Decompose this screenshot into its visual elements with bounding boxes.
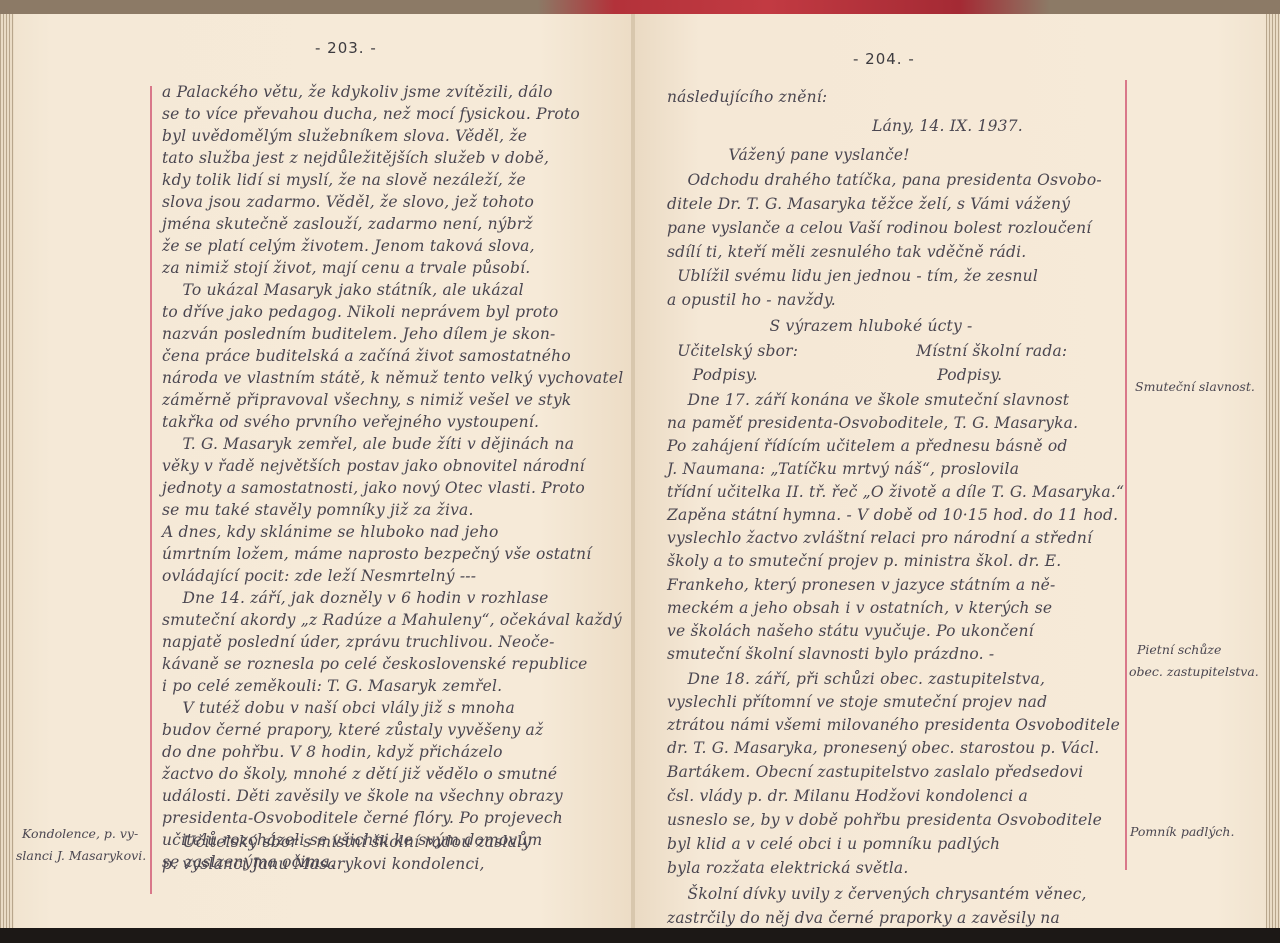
- text-line: smuteční školní slavnosti bylo prázdno. …: [667, 645, 994, 663]
- text-line: věky v řadě největších postav jako obnov…: [162, 457, 585, 475]
- text-line: i po celé zeměkouli: T. G. Masaryk zemře…: [162, 677, 502, 695]
- text-line: následujícího znění:: [667, 88, 827, 106]
- text-line: Vážený pane vyslanče!: [667, 146, 910, 164]
- right-page: - 204. - následujícího znění: Lány, 14. …: [635, 14, 1280, 928]
- text-line: J. Naumana: „Tatíčku mrtvý náš“, proslov…: [667, 460, 1019, 478]
- text-line: vyslechli přítomní ve stoje smuteční pro…: [667, 693, 1047, 711]
- text-line: takřka od svého prvního veřejného vystou…: [162, 413, 539, 431]
- text-line: Školní dívky uvily z červených chrysanté…: [667, 885, 1087, 903]
- text-line: budov černé prapory, které zůstaly vyvěš…: [162, 721, 543, 739]
- text-line: nazván posledním buditelem. Jeho dílem j…: [162, 325, 555, 343]
- text-line: na paměť presidenta-Osvoboditele, T. G. …: [667, 414, 1078, 432]
- text-line: žactvo do školy, mnohé z dětí již vědělo…: [162, 765, 557, 783]
- text-line: p. vyslanci Janu Masarykovi kondolenci,: [162, 855, 485, 873]
- text-line: kávaně se roznesla po celé československ…: [162, 655, 588, 673]
- margin-note: Kondolence, p. vy-: [22, 826, 138, 841]
- text-line: třídní učitelka II. tř. řeč „O životě a …: [667, 483, 1124, 501]
- text-line: Podpisy. Podpisy.: [667, 366, 1002, 384]
- text-line: a Palackého větu, že kdykoliv jsme zvítě…: [162, 83, 553, 101]
- text-line: Dne 18. září, při schůzi obec. zastupite…: [667, 670, 1045, 688]
- text-line: Bartákem. Obecní zastupitelstvo zaslalo …: [667, 763, 1083, 781]
- text-line: T. G. Masaryk zemřel, ale bude žíti v dě…: [162, 435, 574, 453]
- text-line: Učitelský sbor: Místní školní rada:: [667, 342, 1067, 360]
- text-line: školy a to smuteční projev p. ministra š…: [667, 552, 1061, 570]
- text-line: A dnes, kdy sklánime se hluboko nad jeho: [162, 523, 499, 541]
- text-line: úmrtním ložem, máme naprosto bezpečný vš…: [162, 545, 591, 563]
- text-line: jednoty a samostatnosti, jako nový Otec …: [162, 479, 585, 497]
- page-number: - 203. -: [315, 39, 377, 57]
- margin-note: slanci J. Masarykovi.: [16, 848, 146, 863]
- text-line: byla rozžata elektrická světla.: [667, 859, 909, 877]
- page-stack-edge: [1266, 14, 1280, 928]
- text-line: byl uvědomělým služebníkem slova. Věděl,…: [162, 127, 527, 145]
- text-line: Dne 17. září konána ve škole smuteční sl…: [667, 391, 1069, 409]
- text-line: do dne pohřbu. V 8 hodin, když přicházel…: [162, 743, 503, 761]
- text-line: presidenta-Osvoboditele černé flóry. Po …: [162, 809, 563, 827]
- text-line: že se platí celým životem. Jenom taková …: [162, 237, 535, 255]
- text-line: sdílí ti, kteří měli zesnulého tak vděčn…: [667, 243, 1026, 261]
- margin-rule: [150, 86, 152, 894]
- text-line: tato služba jest z nejdůležitějších služ…: [162, 149, 549, 167]
- text-line: čena práce buditelská a začíná život sam…: [162, 347, 571, 365]
- text-line: to dříve jako pedagog. Nikoli neprávem b…: [162, 303, 558, 321]
- text-line: slova jsou zadarmo. Věděl, že slovo, jež…: [162, 193, 534, 211]
- text-line: jména skutečně zaslouží, zadarmo není, n…: [162, 215, 533, 233]
- text-line: usneslo se, by v době pohřbu presidenta …: [667, 811, 1102, 829]
- text-line: se to více převahou ducha, než mocí fysi…: [162, 105, 580, 123]
- text-line: národa ve vlastním státě, k němuž tento …: [162, 369, 623, 387]
- text-line: S výrazem hluboké úcty -: [667, 317, 973, 335]
- margin-note: Pomník padlých.: [1130, 824, 1234, 839]
- text-line: Učitelský sbor s místní školní radou zas…: [162, 833, 531, 851]
- text-line: se mu také stavěly pomníky již za živa.: [162, 501, 474, 519]
- text-line: napjatě poslední úder, zprávu truchlivou…: [162, 633, 555, 651]
- text-line: za nimiž stojí život, mají cenu a trvale…: [162, 259, 530, 277]
- text-line: ztrátou námi všemi milovaného presidenta…: [667, 716, 1120, 734]
- text-line: ovládající pocit: zde leží Nesmrtelný --…: [162, 567, 476, 585]
- left-page: - 203. - a Palackého větu, že kdykoliv j…: [0, 14, 633, 928]
- text-line: události. Děti zavěsily ve škole na všec…: [162, 787, 563, 805]
- text-line: smuteční akordy „z Radúze a Mahuleny“, o…: [162, 611, 622, 629]
- text-line: Zapěna státní hymna. - V době od 10·15 h…: [667, 506, 1118, 524]
- text-line: vyslechlo žactvo zvláštní relaci pro nár…: [667, 529, 1092, 547]
- text-line: ditele Dr. T. G. Masaryka těžce želí, s …: [667, 195, 1070, 213]
- margin-rule: [1125, 80, 1127, 870]
- text-line: Lány, 14. IX. 1937.: [667, 117, 1023, 135]
- book-cover-bottom-edge: [0, 928, 1280, 943]
- text-line: zastrčily do něj dva černé praporky a za…: [667, 909, 1060, 927]
- text-line: meckém a jeho obsah i v ostatních, v kte…: [667, 599, 1052, 617]
- margin-note: Pietní schůze: [1137, 642, 1221, 657]
- page-number: - 204. -: [853, 50, 915, 68]
- text-line: dr. T. G. Masaryka, pronesený obec. star…: [667, 739, 1099, 757]
- text-line: byl klid a v celé obci i u pomníku padlý…: [667, 835, 1000, 853]
- text-line: pane vyslanče a celou Vaší rodinou boles…: [667, 219, 1091, 237]
- text-line: Odchodu drahého tatíčka, pana presidenta…: [667, 171, 1102, 189]
- text-line: V tutéž dobu v naší obci vlály již s mno…: [162, 699, 515, 717]
- text-line: Frankeho, který pronesen v jazyce státní…: [667, 576, 1055, 594]
- text-line: záměrně připravoval všechny, s nimiž veš…: [162, 391, 571, 409]
- text-line: Po zahájení řídícím učitelem a přednesu …: [667, 437, 1068, 455]
- margin-note: Smuteční slavnost.: [1135, 379, 1255, 394]
- text-line: kdy tolik lidí si myslí, že na slově nez…: [162, 171, 526, 189]
- text-line: Ublížil svému lidu jen jednou - tím, že …: [667, 267, 1038, 285]
- text-line: ve školách našeho státu vyučuje. Po ukon…: [667, 622, 1034, 640]
- text-line: Dne 14. září, jak dozněly v 6 hodin v ro…: [162, 589, 548, 607]
- text-line: a opustil ho - navždy.: [667, 291, 836, 309]
- margin-note: obec. zastupitelstva.: [1129, 664, 1259, 679]
- page-stack-edge: [0, 14, 14, 928]
- text-line: čsl. vlády p. dr. Milanu Hodžovi kondole…: [667, 787, 1028, 805]
- text-line: To ukázal Masaryk jako státník, ale ukáz…: [162, 281, 524, 299]
